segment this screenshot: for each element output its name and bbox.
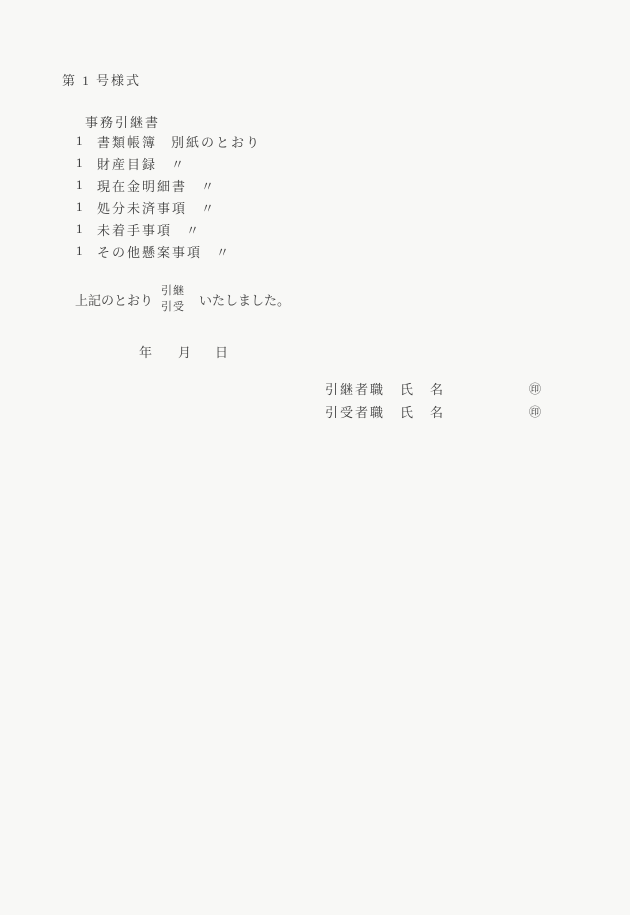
item-count: 1	[76, 221, 97, 237]
name-label-part2: 名	[430, 402, 445, 421]
list-item: 1 その他懸案事項 〃	[76, 240, 261, 262]
list-item: 1 未着手事項 〃	[76, 218, 261, 240]
seal-icon: ㊞	[529, 406, 541, 418]
item-label: 未着手事項	[97, 220, 172, 239]
item-label: 財産目録	[97, 154, 157, 173]
handover-option: 引継	[161, 283, 185, 299]
document-title: 事務引継書	[85, 112, 160, 131]
signature-role: 引受者職	[325, 402, 385, 421]
signature-row-receiver: 引受者職 氏 名 ㊞	[325, 400, 541, 423]
item-label: 現在金明細書	[97, 176, 187, 195]
items-list: 1 書類帳簿 別紙のとおり 1 財産目録 〃 1 現在金明細書 〃 1 処分未済…	[76, 130, 261, 262]
name-label-part2: 名	[430, 379, 445, 398]
day-label: 日	[215, 342, 228, 361]
name-label-part1: 氏	[400, 402, 415, 421]
item-label: 書類帳簿	[97, 132, 157, 151]
statement-line: 上記のとおり 引継 引受 いたしました。	[75, 283, 290, 315]
handover-takeover-stack: 引継 引受	[161, 283, 185, 315]
seal-icon: ㊞	[529, 383, 541, 395]
item-ditto-mark: 〃	[171, 154, 186, 173]
item-ditto-mark: 〃	[186, 220, 201, 239]
item-count: 1	[76, 133, 97, 149]
list-item: 1 処分未済事項 〃	[76, 196, 261, 218]
item-ditto-mark: 〃	[201, 198, 216, 217]
form-number: 第 1 号様式	[62, 70, 141, 89]
item-count: 1	[76, 155, 97, 171]
month-label: 月	[178, 342, 191, 361]
list-item: 1 書類帳簿 別紙のとおり	[76, 130, 261, 152]
takeover-option: 引受	[161, 299, 185, 315]
date-line: 年 月 日	[139, 342, 228, 361]
list-item: 1 現在金明細書 〃	[76, 174, 261, 196]
item-count: 1	[76, 243, 97, 259]
signature-block: 引継者職 氏 名 ㊞ 引受者職 氏 名 ㊞	[325, 377, 541, 423]
item-label: 処分未済事項	[97, 198, 187, 217]
item-count: 1	[76, 199, 97, 215]
item-note: 別紙のとおり	[171, 132, 261, 151]
item-ditto-mark: 〃	[216, 242, 231, 261]
statement-suffix: いたしました。	[199, 290, 290, 309]
name-label-part1: 氏	[400, 379, 415, 398]
item-count: 1	[76, 177, 97, 193]
year-label: 年	[139, 342, 152, 361]
list-item: 1 財産目録 〃	[76, 152, 261, 174]
statement-prefix: 上記のとおり	[75, 290, 153, 309]
signature-role: 引継者職	[325, 379, 385, 398]
handover-form-page: 第 1 号様式 事務引継書 1 書類帳簿 別紙のとおり 1 財産目録 〃 1 現…	[0, 0, 630, 915]
item-label: その他懸案事項	[97, 242, 202, 261]
signature-row-handover: 引継者職 氏 名 ㊞	[325, 377, 541, 400]
item-ditto-mark: 〃	[201, 176, 216, 195]
